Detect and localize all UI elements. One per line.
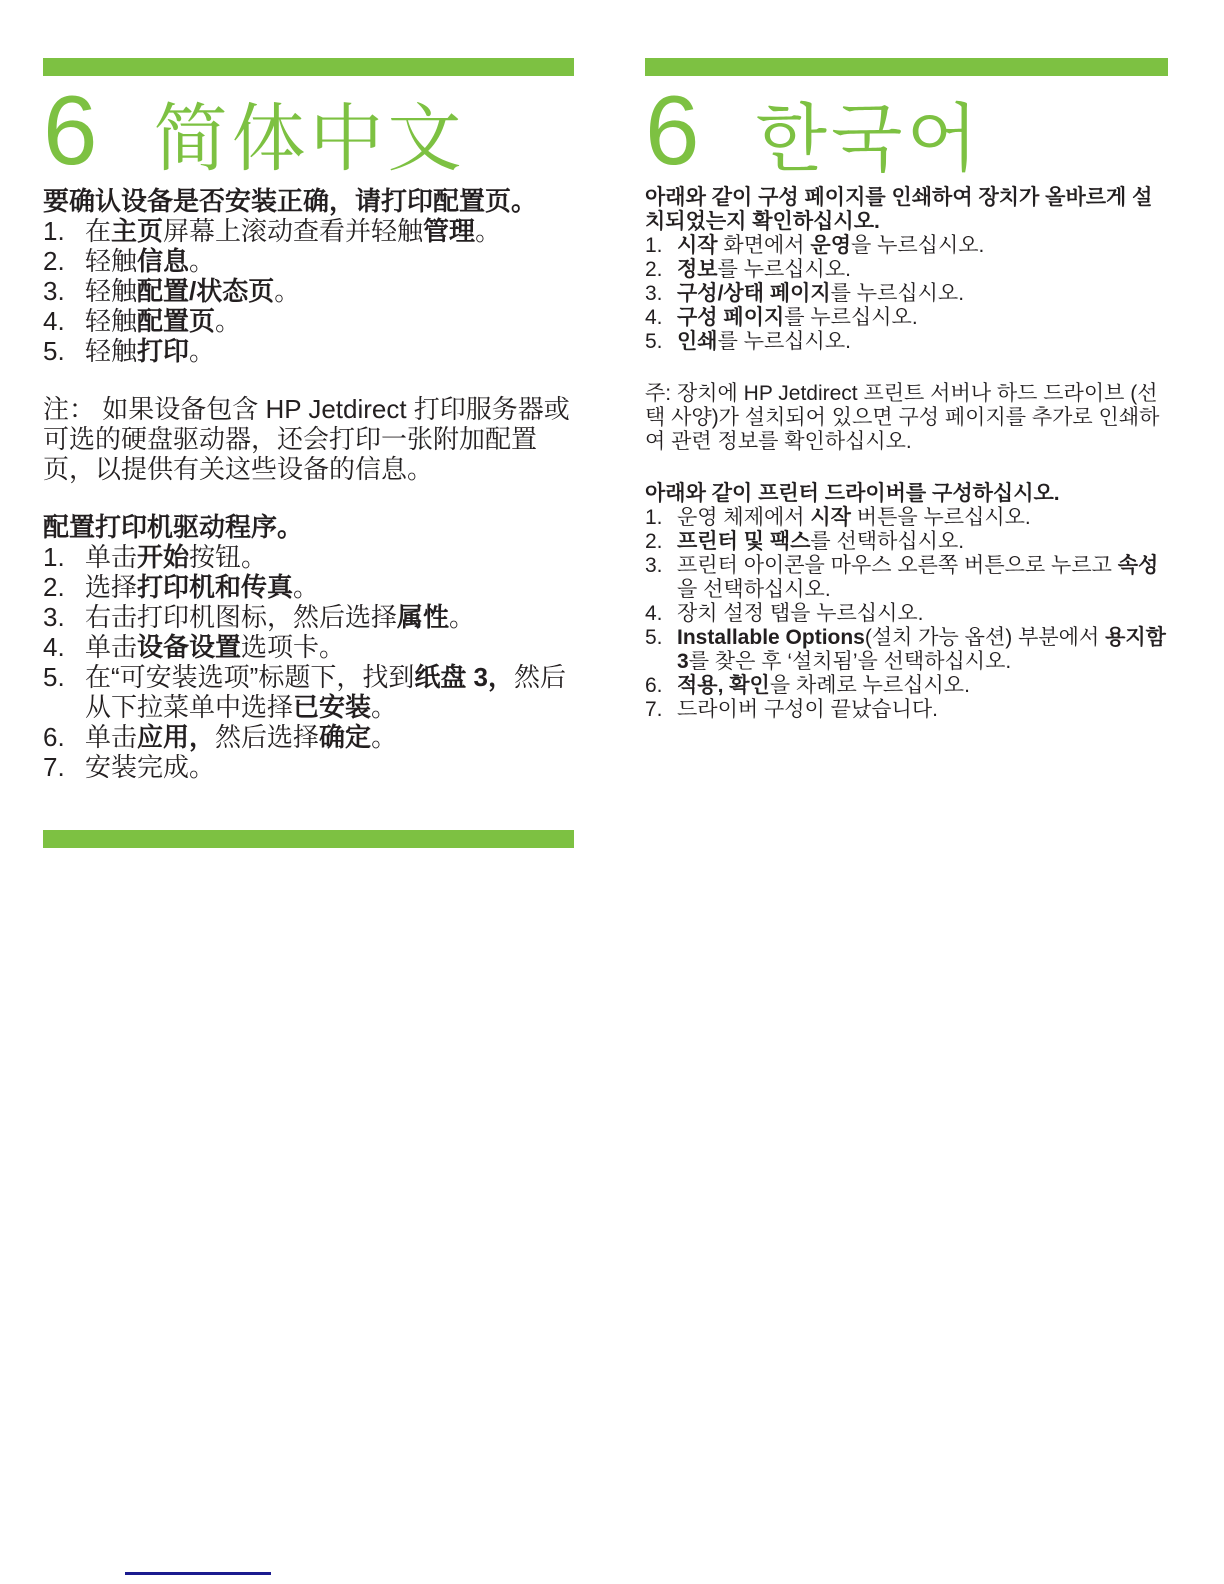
list-item-number: 7. (645, 698, 677, 722)
list-item: 5.轻触打印。 (43, 336, 574, 366)
note-paragraph: 注： 如果设备包含 HP Jetdirect 打印服务器或可选的硬盘驱动器，还会… (43, 394, 574, 484)
steps-list: 1.在主页屏幕上滚动查看并轻触管理。2.轻触信息。3.轻触配置/状态页。4.轻触… (43, 216, 574, 366)
list-item: 1.在主页屏幕上滚动查看并轻触管理。 (43, 216, 574, 246)
list-item-text: 在“可安装选项”标题下，找到纸盘 3，然后从下拉菜单中选择已安装。 (85, 662, 574, 722)
list-item: 5.在“可安装选项”标题下，找到纸盘 3，然后从下拉菜单中选择已安装。 (43, 662, 574, 722)
list-item-number: 1. (43, 216, 85, 246)
driver-config-section: 配置打印机驱动程序。 1.单击开始按钮。2.选择打印机和传真。3.右击打印机图标… (43, 512, 574, 782)
list-item-number: 5. (645, 330, 677, 354)
list-item-text: 轻触信息。 (85, 246, 574, 276)
list-item: 5.Installable Options(설치 가능 옵션) 부분에서 용지함… (645, 626, 1168, 674)
list-item-text: 프린터 및 팩스를 선택하십시오. (677, 530, 1168, 554)
list-item-number: 1. (43, 542, 85, 572)
section-heading: 配置打印机驱动程序。 (43, 512, 574, 542)
list-item: 4.장치 설정 탭을 누르십시오. (645, 602, 1168, 626)
list-item-number: 4. (645, 306, 677, 330)
driver-config-section: 아래와 같이 프린터 드라이버를 구성하십시오. 1.운영 체제에서 시작 버튼… (645, 482, 1168, 722)
list-item: 7.安装完成。 (43, 752, 574, 782)
list-item: 1.单击开始按钮。 (43, 542, 574, 572)
list-item: 2.프린터 및 팩스를 선택하십시오. (645, 530, 1168, 554)
chapter-title: 한국어 (756, 89, 982, 189)
list-item-text: 인쇄를 누르십시오. (677, 330, 1168, 354)
list-item-number: 3. (645, 282, 677, 306)
note-block: 주: 장치에 HP Jetdirect 프린트 서버나 하드 드라이브 (선택 … (645, 382, 1168, 454)
list-item: 4.구성 페이지를 누르십시오. (645, 306, 1168, 330)
list-item: 1.시작 화면에서 운영을 누르십시오. (645, 234, 1168, 258)
list-item: 3.轻触配置/状态页。 (43, 276, 574, 306)
section-heading: 아래와 같이 구성 페이지를 인쇄하여 장치가 올바르게 설치되었는지 확인하십… (645, 186, 1168, 234)
page-bottom-divider-line (125, 1572, 271, 1575)
list-item-number: 2. (645, 258, 677, 282)
list-item-text: 정보를 누르십시오. (677, 258, 1168, 282)
list-item: 2.轻触信息。 (43, 246, 574, 276)
list-item-text: 单击开始按钮。 (85, 542, 574, 572)
list-item: 4.轻触配置页。 (43, 306, 574, 336)
list-item: 6.적용, 확인을 차례로 누르십시오. (645, 674, 1168, 698)
column-korean: 6 한국어 아래와 같이 구성 페이지를 인쇄하여 장치가 올바르게 설치되었는… (645, 58, 1168, 722)
list-item-number: 5. (43, 662, 85, 692)
list-item-number: 1. (645, 234, 677, 258)
list-item-text: 운영 체제에서 시작 버튼을 누르십시오. (677, 506, 1168, 530)
list-item: 3.프린터 아이콘을 마우스 오른쪽 버튼으로 누르고 속성을 선택하십시오. (645, 554, 1168, 602)
list-item-number: 4. (645, 602, 677, 626)
list-item-text: 在主页屏幕上滚动查看并轻触管理。 (85, 216, 574, 246)
list-item: 3.구성/상태 페이지를 누르십시오. (645, 282, 1168, 306)
chapter-number: 6 (645, 80, 700, 180)
chapter-header: 6 한국어 (645, 80, 1168, 182)
list-item-text: 单击应用，然后选择确定。 (85, 722, 574, 752)
steps-list: 1.운영 체제에서 시작 버튼을 누르십시오.2.프린터 및 팩스를 선택하십시… (645, 506, 1168, 722)
list-item-number: 2. (43, 246, 85, 276)
list-item-number: 3. (43, 602, 85, 632)
list-item-text: 轻触配置页。 (85, 306, 574, 336)
note-block: 注： 如果设备包含 HP Jetdirect 打印服务器或可选的硬盘驱动器，还会… (43, 394, 574, 484)
list-item-text: 프린터 아이콘을 마우스 오른쪽 버튼으로 누르고 속성을 선택하십시오. (677, 554, 1168, 602)
list-item-number: 2. (645, 530, 677, 554)
list-item-text: 轻触打印。 (85, 336, 574, 366)
list-item-text: 적용, 확인을 차례로 누르십시오. (677, 674, 1168, 698)
list-item-number: 3. (645, 554, 677, 578)
list-item-text: 安装完成。 (85, 752, 574, 782)
list-item-number: 3. (43, 276, 85, 306)
list-item: 3.右击打印机图标，然后选择属性。 (43, 602, 574, 632)
top-green-bar (645, 58, 1168, 76)
section-heading: 要确认设备是否安装正确，请打印配置页。 (43, 186, 574, 216)
list-item: 7.드라이버 구성이 끝났습니다. (645, 698, 1168, 722)
list-item: 2.选择打印机和传真。 (43, 572, 574, 602)
steps-list: 1.시작 화면에서 운영을 누르십시오.2.정보를 누르십시오.3.구성/상태 … (645, 234, 1168, 354)
column-body: 要确认设备是否安装正确，请打印配置页。 1.在主页屏幕上滚动查看并轻触管理。2.… (43, 186, 574, 848)
steps-list: 1.单击开始按钮。2.选择打印机和传真。3.右击打印机图标，然后选择属性。4.单… (43, 542, 574, 782)
list-item-text: 单击设备设置选项卡。 (85, 632, 574, 662)
list-item-number: 4. (43, 632, 85, 662)
chapter-header: 6 简体中文 (43, 80, 574, 182)
list-item: 5.인쇄를 누르십시오. (645, 330, 1168, 354)
list-item-number: 6. (43, 722, 85, 752)
top-green-bar (43, 58, 574, 76)
list-item-text: 드라이버 구성이 끝났습니다. (677, 698, 1168, 722)
list-item-text: 구성/상태 페이지를 누르십시오. (677, 282, 1168, 306)
list-item-number: 1. (645, 506, 677, 530)
list-item-number: 2. (43, 572, 85, 602)
list-item: 6.单击应用，然后选择确定。 (43, 722, 574, 752)
list-item-text: 구성 페이지를 누르십시오. (677, 306, 1168, 330)
list-item-text: 轻触配置/状态页。 (85, 276, 574, 306)
verify-install-section: 要确认设备是否安装正确，请打印配置页。 1.在主页屏幕上滚动查看并轻触管理。2.… (43, 186, 574, 366)
document-page: 6 简体中文 要确认设备是否安装正确，请打印配置页。 1.在主页屏幕上滚动查看并… (0, 0, 1224, 1584)
column-simplified-chinese: 6 简体中文 要确认设备是否安装正确，请打印配置页。 1.在主页屏幕上滚动查看并… (43, 58, 574, 848)
chapter-number: 6 (43, 80, 98, 180)
list-item-text: Installable Options(설치 가능 옵션) 부분에서 용지함 3… (677, 626, 1168, 674)
list-item-text: 시작 화면에서 운영을 누르십시오. (677, 234, 1168, 258)
list-item: 4.单击设备设置选项卡。 (43, 632, 574, 662)
list-item-text: 장치 설정 탭을 누르십시오. (677, 602, 1168, 626)
list-item-number: 5. (645, 626, 677, 650)
list-item-number: 4. (43, 306, 85, 336)
list-item-text: 选择打印机和传真。 (85, 572, 574, 602)
list-item-number: 6. (645, 674, 677, 698)
section-heading: 아래와 같이 프린터 드라이버를 구성하십시오. (645, 482, 1168, 506)
list-item: 2.정보를 누르십시오. (645, 258, 1168, 282)
chapter-title: 简体中文 (154, 89, 466, 189)
verify-install-section: 아래와 같이 구성 페이지를 인쇄하여 장치가 올바르게 설치되었는지 확인하십… (645, 186, 1168, 354)
bottom-green-bar (43, 830, 574, 848)
list-item-number: 7. (43, 752, 85, 782)
note-paragraph: 주: 장치에 HP Jetdirect 프린트 서버나 하드 드라이브 (선택 … (645, 382, 1168, 454)
list-item: 1.운영 체제에서 시작 버튼을 누르십시오. (645, 506, 1168, 530)
column-body: 아래와 같이 구성 페이지를 인쇄하여 장치가 올바르게 설치되었는지 확인하십… (645, 186, 1168, 722)
list-item-text: 右击打印机图标，然后选择属性。 (85, 602, 574, 632)
list-item-number: 5. (43, 336, 85, 366)
